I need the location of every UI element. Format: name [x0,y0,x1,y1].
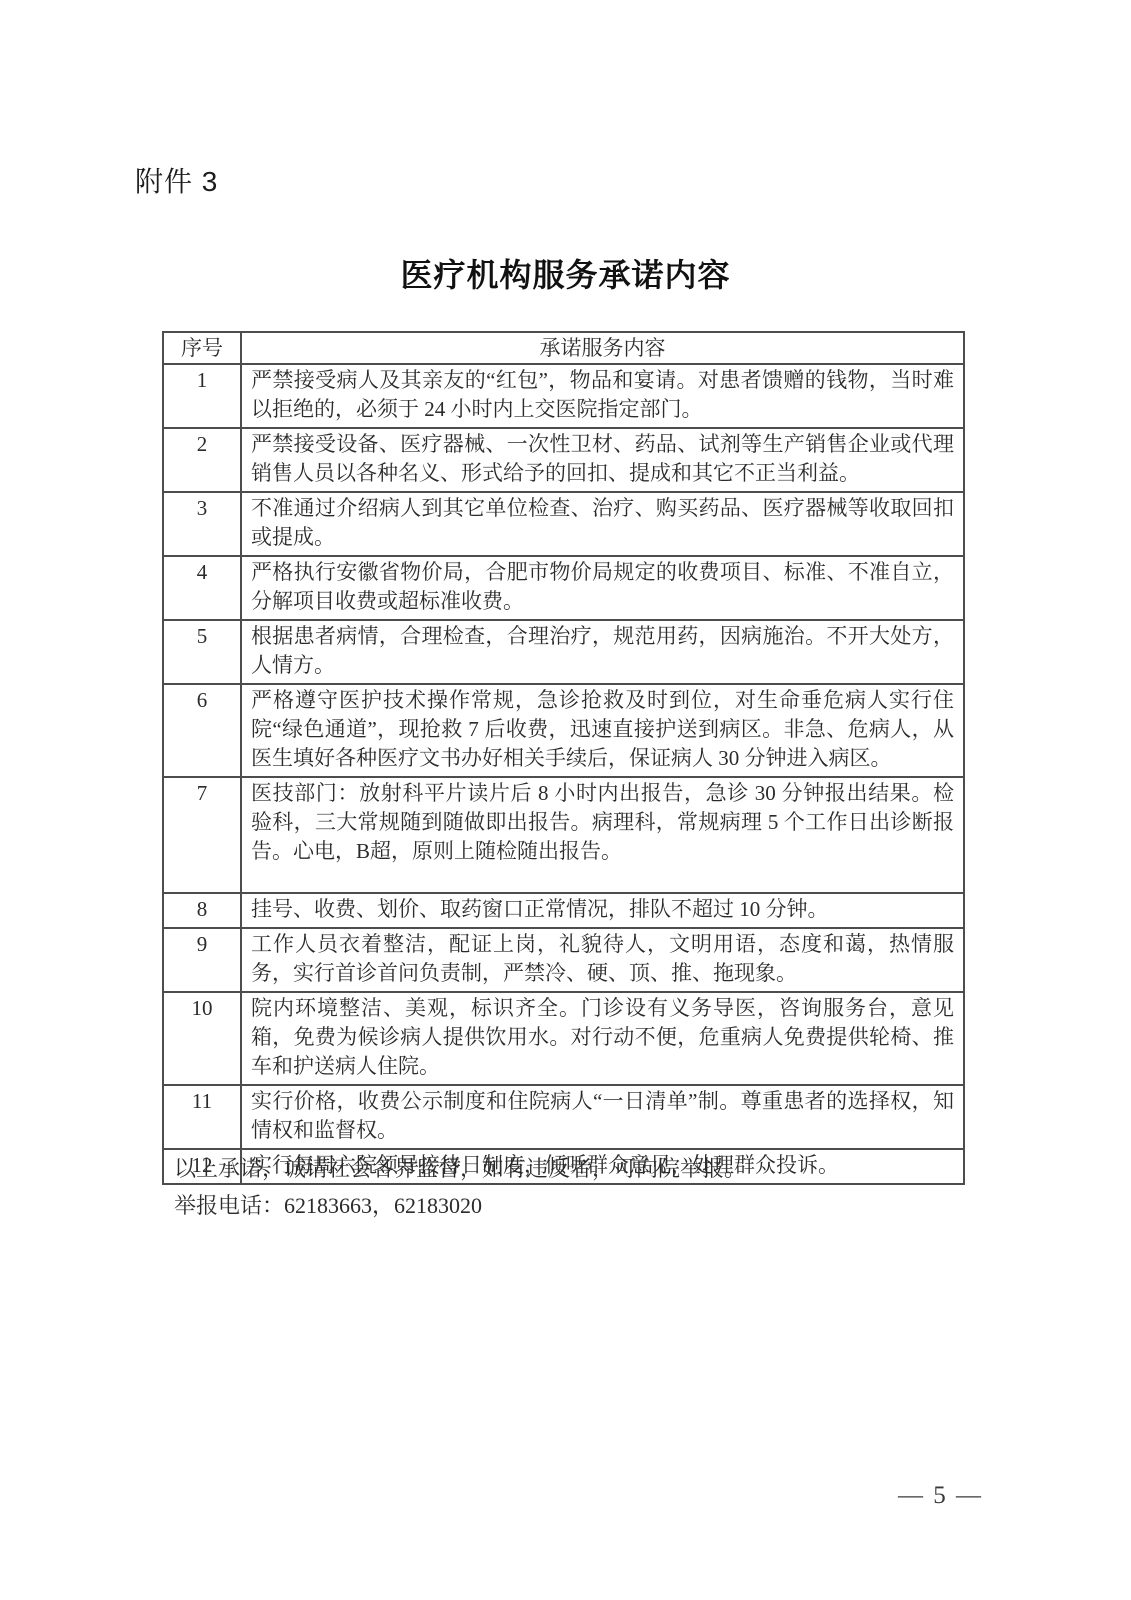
row-content: 严禁接受病人及其亲友的“红包”，物品和宴请。对患者馈赠的钱物，当时难以拒绝的，必… [241,364,964,428]
row-number: 10 [163,992,241,1085]
row-number: 4 [163,556,241,620]
row-number: 5 [163,620,241,684]
table-row: 6 严格遵守医护技术操作常规，急诊抢救及时到位，对生命垂危病人实行住院“绿色通道… [163,684,964,777]
row-content: 医技部门：放射科平片读片后 8 小时内出报告，急诊 30 分钟报出结果。检验科，… [241,777,964,893]
row-content: 工作人员衣着整洁，配证上岗，礼貌待人，文明用语，态度和蔼，热情服务，实行首诊首问… [241,928,964,992]
row-number: 9 [163,928,241,992]
column-header-content: 承诺服务内容 [241,332,964,364]
row-content: 院内环境整洁、美观，标识齐全。门诊设有义务导医，咨询服务台，意见箱，免费为候诊病… [241,992,964,1085]
row-content: 严禁接受设备、医疗器械、一次性卫材、药品、试剂等生产销售企业或代理销售人员以各种… [241,428,964,492]
row-content: 严格执行安徽省物价局，合肥市物价局规定的收费项目、标准、不准自立，分解项目收费或… [241,556,964,620]
row-number: 2 [163,428,241,492]
row-content: 不准通过介绍病人到其它单位检查、治疗、购买药品、医疗器械等收取回扣或提成。 [241,492,964,556]
row-content: 挂号、收费、划价、取药窗口正常情况，排队不超过 10 分钟。 [241,893,964,928]
row-content: 实行价格，收费公示制度和住院病人“一日清单”制。尊重患者的选择权，知情权和监督权… [241,1085,964,1149]
table-row: 9 工作人员衣着整洁，配证上岗，礼貌待人，文明用语，态度和蔼，热情服务，实行首诊… [163,928,964,992]
footer-line-phone: 举报电话：62183663，62183020 [174,1187,974,1224]
table-row: 10 院内环境整洁、美观，标识齐全。门诊设有义务导医，咨询服务台，意见箱，免费为… [163,992,964,1085]
table-row: 4 严格执行安徽省物价局，合肥市物价局规定的收费项目、标准、不准自立，分解项目收… [163,556,964,620]
page-number: — 5 — [898,1482,983,1510]
page-title: 医疗机构服务承诺内容 [0,250,1131,296]
footer-note: 以上承诺，诚请社会各界监督，如有违反者，可向院举报。 举报电话：62183663… [174,1150,974,1224]
table-row: 3 不准通过介绍病人到其它单位检查、治疗、购买药品、医疗器械等收取回扣或提成。 [163,492,964,556]
table-row: 5 根据患者病情，合理检查，合理治疗，规范用药，因病施治。不开大处方，人情方。 [163,620,964,684]
column-header-number: 序号 [163,332,241,364]
document-page: 附件 3 医疗机构服务承诺内容 序号 承诺服务内容 1 严禁接受病人及其亲友的“… [0,0,1131,1600]
table-header-row: 序号 承诺服务内容 [163,332,964,364]
table-row: 7 医技部门：放射科平片读片后 8 小时内出报告，急诊 30 分钟报出结果。检验… [163,777,964,893]
table-row: 8 挂号、收费、划价、取药窗口正常情况，排队不超过 10 分钟。 [163,893,964,928]
footer-line-supervision: 以上承诺，诚请社会各界监督，如有违反者，可向院举报。 [174,1150,974,1187]
row-number: 6 [163,684,241,777]
row-content: 严格遵守医护技术操作常规，急诊抢救及时到位，对生命垂危病人实行住院“绿色通道”，… [241,684,964,777]
row-content: 根据患者病情，合理检查，合理治疗，规范用药，因病施治。不开大处方，人情方。 [241,620,964,684]
table-row: 1 严禁接受病人及其亲友的“红包”，物品和宴请。对患者馈赠的钱物，当时难以拒绝的… [163,364,964,428]
row-number: 7 [163,777,241,893]
row-number: 8 [163,893,241,928]
row-number: 1 [163,364,241,428]
table-row: 11 实行价格，收费公示制度和住院病人“一日清单”制。尊重患者的选择权，知情权和… [163,1085,964,1149]
attachment-label: 附件 3 [135,160,218,200]
row-number: 11 [163,1085,241,1149]
table-row: 2 严禁接受设备、医疗器械、一次性卫材、药品、试剂等生产销售企业或代理销售人员以… [163,428,964,492]
commitment-table: 序号 承诺服务内容 1 严禁接受病人及其亲友的“红包”，物品和宴请。对患者馈赠的… [162,331,965,1185]
row-number: 3 [163,492,241,556]
